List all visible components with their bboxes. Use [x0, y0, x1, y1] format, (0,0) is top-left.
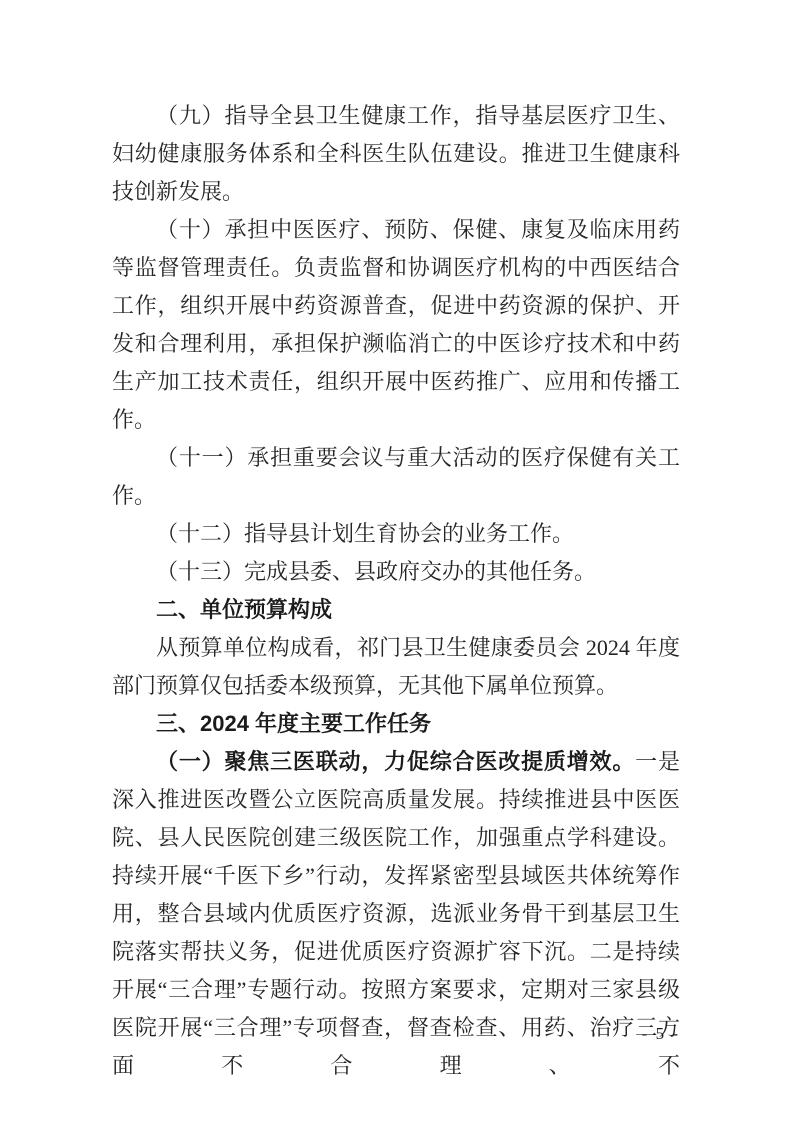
section-heading: 二、单位预算构成 — [112, 591, 680, 629]
paragraph: （十一）承担重要会议与重大活动的医疗保健有关工作。 — [112, 439, 680, 515]
paragraph: （十三）完成县委、县政府交办的其他任务。 — [112, 553, 680, 591]
paragraph: （十）承担中医医疗、预防、保健、康复及临床用药等监督管理责任。负责监督和协调医疗… — [112, 211, 680, 439]
document-body: （九）指导全县卫生健康工作，指导基层医疗卫生、妇幼健康服务体系和全科医生队伍建设… — [112, 97, 680, 1085]
paragraph: （九）指导全县卫生健康工作，指导基层医疗卫生、妇幼健康服务体系和全科医生队伍建设… — [112, 97, 680, 211]
paragraph-lead-bold: （一）聚焦三医联动，力促综合医改提质增效。 — [156, 749, 635, 774]
page-number: - 5 - — [642, 1024, 680, 1043]
section-heading: 三、2024 年度主要工作任务 — [112, 705, 680, 743]
paragraph: （一）聚焦三医联动，力促综合医改提质增效。一是深入推进医改暨公立医院高质量发展。… — [112, 743, 680, 1085]
paragraph: （十二）指导县计划生育协会的业务工作。 — [112, 515, 680, 553]
page-footer: - 5 - — [642, 1022, 680, 1046]
paragraph: 从预算单位构成看，祁门县卫生健康委员会 2024 年度部门预算仅包括委本级预算，… — [112, 629, 680, 705]
document-page: （九）指导全县卫生健康工作，指导基层医疗卫生、妇幼健康服务体系和全科医生队伍建设… — [0, 0, 793, 1122]
